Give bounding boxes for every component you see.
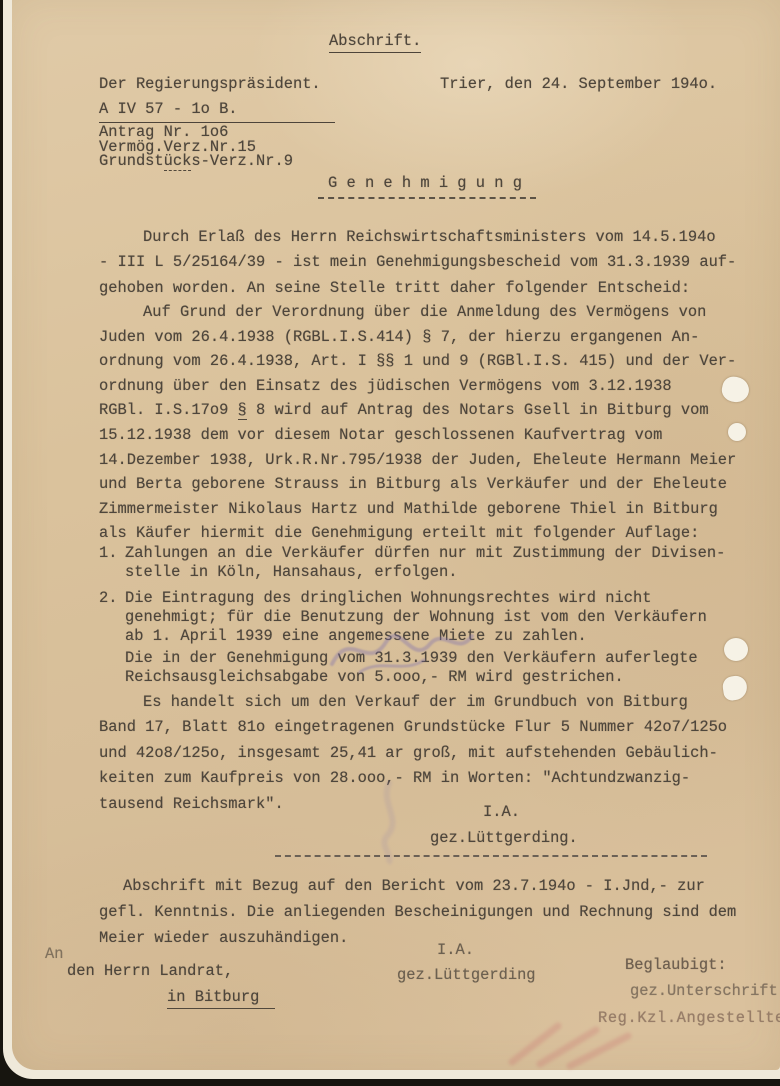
addressee-prefix: An xyxy=(45,945,63,963)
paragraph-revocation: Durch Erlaß des Herrn Reichswirtschaftsm… xyxy=(99,225,749,301)
attestation-signature: gez.Unterschrift xyxy=(630,982,778,1000)
condition-1-number: 1. xyxy=(99,544,125,582)
condition-addendum: Die in der Genehmigung vom 31.3.1939 den… xyxy=(125,649,755,687)
ref-line-pre: RGBl. I.S.17o9 xyxy=(99,401,238,419)
register-line-grundstueck: Grundstücks-Verz.Nr.9 xyxy=(99,154,293,169)
register-line3-post: s-Verz.Nr.9 xyxy=(191,152,293,170)
punch-hole xyxy=(728,423,746,441)
paragraph-property: Es handelt sich um den Verkauf der im Gr… xyxy=(99,690,754,817)
condition-1-text: Zahlungen an die Verkäufer dürfen nur mi… xyxy=(125,544,725,582)
section-mark: § xyxy=(238,401,247,420)
addressee-line2: in Bitburg xyxy=(167,988,275,1009)
document-page: Abschrift. Der Regierungspräsident. Trie… xyxy=(12,0,780,1070)
register-numbers: Antrag Nr. 1o6 Vermög.Verz.Nr.15 Grundst… xyxy=(99,125,293,169)
sender-line: Der Regierungspräsident. xyxy=(99,75,321,93)
legal-basis-lines-b: 15.12.1938 dem vor diesem Notar geschlos… xyxy=(99,423,754,546)
signature1-ia: I.A. xyxy=(483,803,520,821)
addressee-line1: den Herrn Landrat, xyxy=(67,962,233,980)
condition-2-number: 2. xyxy=(99,589,125,646)
document-title: Abschrift. xyxy=(329,32,421,53)
section-heading: G e n e h m i g u n g xyxy=(318,174,536,199)
ref-line-post: 8 wird auf Antrag des Notars Gsell in Bi… xyxy=(247,401,709,419)
register-line3-underlined: ück xyxy=(164,152,192,171)
signature2-ia: I.A. xyxy=(437,941,474,959)
forward-note: Abschrift mit Bezug auf den Bericht vom … xyxy=(99,874,754,951)
dashed-separator xyxy=(275,855,707,857)
paragraph-legal-basis: Auf Grund der Verordnung über die Anmeld… xyxy=(99,300,754,546)
place-date-line: Trier, den 24. September 194o. xyxy=(440,75,717,93)
attestation-role: Reg.Kzl.Angestellte. xyxy=(598,1009,780,1027)
register-line3-pre: Grundst xyxy=(99,152,164,170)
legal-basis-ref-line: RGBl. I.S.17o9 § 8 wird auf Antrag des N… xyxy=(99,398,754,423)
file-reference-text: A IV 57 - 1o B. xyxy=(99,100,238,118)
attestation-label: Beglaubigt: xyxy=(625,956,727,974)
condition-item-1: 1. Zahlungen an die Verkäufer dürfen nur… xyxy=(99,544,754,582)
condition-item-2: 2. Die Eintragung des dringlichen Wohnun… xyxy=(99,589,754,646)
punch-hole xyxy=(724,638,748,661)
condition-2-text: Die Eintragung des dringlichen Wohnungsr… xyxy=(125,589,707,646)
signature2-name: gez.Lüttgerding xyxy=(397,966,536,984)
legal-basis-lines-a: Auf Grund der Verordnung über die Anmeld… xyxy=(99,300,754,398)
signature1-name: gez.Lüttgerding. xyxy=(430,829,578,847)
file-reference: A IV 57 - 1o B. xyxy=(99,100,335,123)
